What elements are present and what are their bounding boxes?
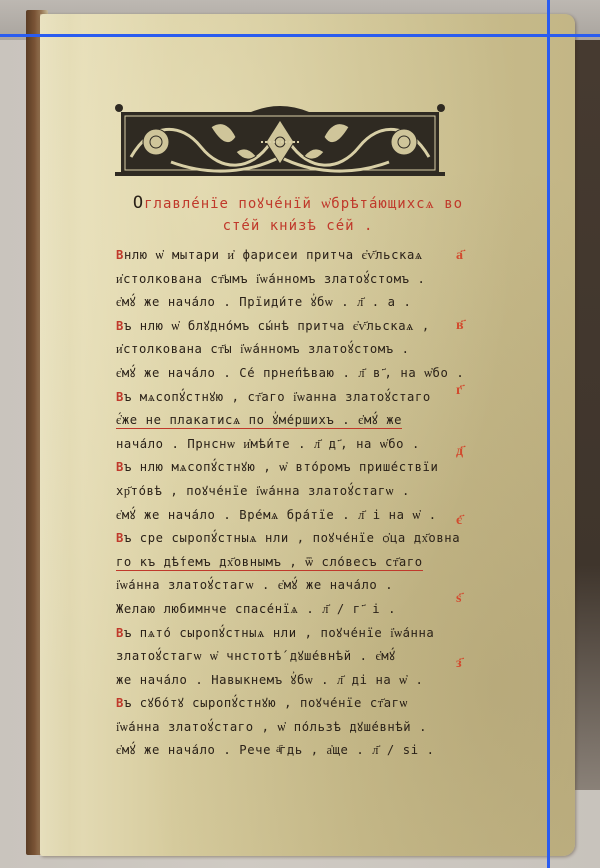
text-line: і҆ѡа́нна златоꙋ́стагѡ . є҆мꙋ́ же нача́ло… <box>116 574 446 598</box>
margin-number: з҃ <box>456 655 462 672</box>
text-line: Въ сꙋбо́тꙋ сыропꙋ́стнꙋю , поꙋче́нїе ст҃а… <box>116 692 446 716</box>
margin-number: ѕ҃ <box>456 590 461 607</box>
text-line: Въ пѧто́ сыропꙋ́стныѧ нли , поꙋче́нїе і҆… <box>116 622 446 646</box>
text-line: же нача́ло . Навыкнемъ ꙋ҆бѡ . л҃ ді на ѡ… <box>116 669 446 693</box>
table-of-contents: Внлю ѡ҆ мытари и҆ фарисеи притча є҆ѵ҃льс… <box>116 244 446 763</box>
text-line: є҆мꙋ́ же нача́ло . Се́ прнеп́ѣваю . л҃ в… <box>116 362 446 386</box>
headpiece-ornament-icon <box>111 102 449 186</box>
background-right-shadow <box>575 40 600 790</box>
text-line: і҆ѡа́нна златоꙋ́стаго , ѡ҆ по́льзѣ дꙋше́… <box>116 716 446 740</box>
margin-number: є҃ <box>456 512 462 529</box>
margin-number: а҃ <box>456 247 463 264</box>
margin-number: г҃ <box>456 382 462 399</box>
margin-number: д҃ <box>456 443 463 460</box>
text-line: и҆столкована ст҃ы і҆ѡа́нномъ златоꙋ́стом… <box>116 338 446 362</box>
margin-number: в҃ <box>456 317 464 334</box>
text-line: Желаю любимнче спасе́нїѧ . л҃ / г ҃ і . <box>116 598 446 622</box>
title-initial: О <box>133 193 144 213</box>
text-line: Въ мѧсопꙋ́стнꙋю , ст҃аго і҆ѡанна златоꙋ́… <box>116 386 446 410</box>
text-line: нача́ло . Прнснѡ и҆мѣ́ите . л҃ д ҃, на ѡ… <box>116 433 446 457</box>
text-line: Въ нлю мѧсопꙋ́стнꙋю , ѡ҆ вто́ромъ прише́… <box>116 456 446 480</box>
page-gutter <box>40 14 70 856</box>
text-line: є҆́же не плакатисѧ по ꙋ҆ме́ршихъ . є҆мꙋ́… <box>116 409 446 433</box>
text-line: го къ дѣ́темъ дх҃овнымъ , ѿ сло́весъ ст҃… <box>116 551 446 575</box>
text-line: є҆мꙋ́ же нача́ло . Прїиди́те ꙋ҆бѡ . л҃ .… <box>116 291 446 315</box>
page-title: Оглавле́нїе поꙋче́нїй ѡ҆брѣта́ющихсѧ во … <box>118 192 478 237</box>
folio-number: а҃ <box>276 742 281 755</box>
text-line: Въ нлю ѡ҆ блꙋдно́мъ сы́нѣ притча є҆ѵ҃льс… <box>116 315 446 339</box>
guide-line-vertical <box>547 0 550 868</box>
title-text: главле́нїе поꙋче́нїй ѡ҆брѣта́ющихсѧ во с… <box>144 196 463 234</box>
text-line: и҆столкована ст҃ымъ і҆ѡа́нномъ златоꙋ́ст… <box>116 268 446 292</box>
text-line: Внлю ѡ҆ мытари и҆ фарисеи притча є҆ѵ҃льс… <box>116 244 446 268</box>
text-line: є҆мꙋ́ же нача́ло . Вре́мѧ бра́тїе . л҃ і… <box>116 504 446 528</box>
text-line: хр҃то́вѣ , поꙋче́нїе і҆ѡа́нна златоꙋ́ста… <box>116 480 446 504</box>
text-line: златоꙋ́стагѡ ѡ҆ чнстотѣ́ дꙋше́внѣй . є҆м… <box>116 645 446 669</box>
text-line: є҆мꙋ́ же нача́ло . Рече гдь , а҆ще . л҃ … <box>116 739 446 763</box>
text-line: Въ сре сыропꙋ́стныѧ нли , поꙋче́нїе ѻ҆ца… <box>116 527 446 551</box>
guide-line-horizontal <box>0 34 600 37</box>
